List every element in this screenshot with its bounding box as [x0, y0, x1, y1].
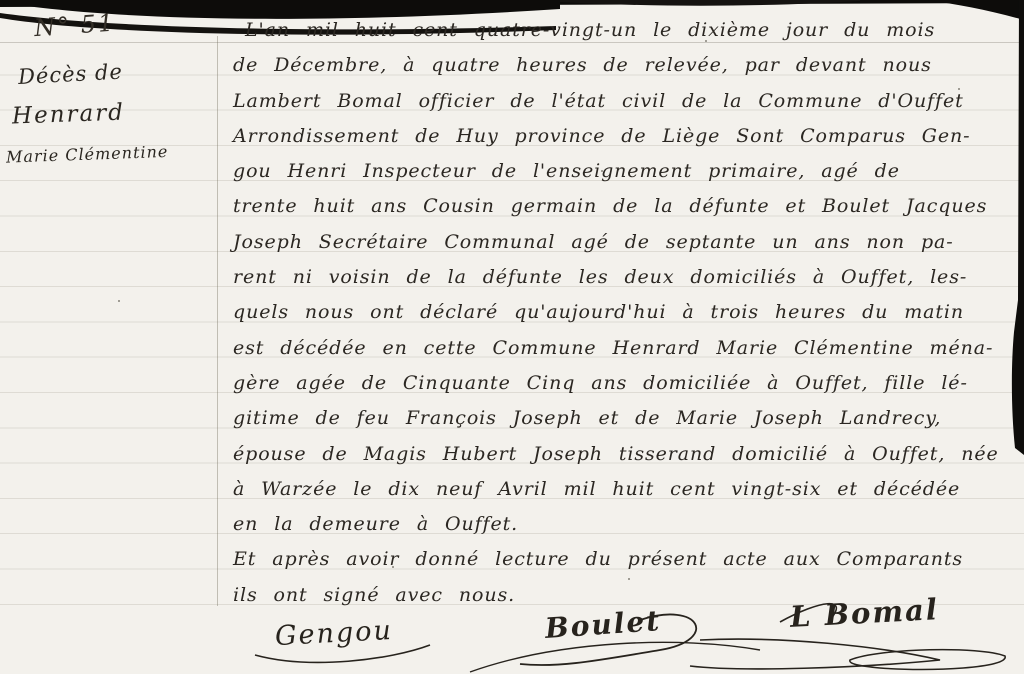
act-line: en la demeure à Ouffet. [233, 507, 1023, 542]
act-line: Joseph Secrétaire Communal agé de septan… [233, 225, 1023, 260]
margin-column: N° 51 Décès de Henrard Marie Clémentine [6, 8, 211, 163]
act-line: est décédée en cette Commune Henrard Mar… [233, 331, 1023, 366]
paper-speck [958, 88, 960, 90]
paper-speck [628, 578, 630, 580]
margin-separator-rule [217, 36, 218, 606]
act-line: Et après avoir donné lecture du présent … [233, 542, 1023, 577]
act-line: gère agée de Cinquante Cinq ans domicili… [233, 366, 1023, 401]
paper-speck [705, 40, 707, 42]
act-line: Arrondissement de Huy province de Liège … [233, 119, 1023, 154]
scanned-death-record-page: N° 51 Décès de Henrard Marie Clémentine … [0, 0, 1024, 674]
act-line: quels nous ont déclaré qu'aujourd'hui à … [233, 295, 1023, 330]
signature-boulet: Boulet [544, 604, 662, 645]
act-line: de Décembre, à quatre heures de relevée,… [233, 48, 1023, 83]
margin-title-deces-de: Décès de [18, 55, 212, 89]
act-line: gitime de feu François Joseph et de Mari… [233, 401, 1023, 436]
margin-surname: Henrard [12, 97, 212, 130]
signature-bomal: L Bomal [789, 592, 939, 634]
act-line: à Warzée le dix neuf Avril mil huit cent… [233, 472, 1023, 507]
paper-speck [392, 566, 394, 568]
margin-given-names: Marie Clémentine [6, 140, 212, 166]
act-line: Lambert Bomal officier de l'état civil d… [233, 84, 1023, 119]
act-line: trente huit ans Cousin germain de la déf… [233, 189, 1023, 224]
act-line: gou Henri Inspecteur de l'enseignement p… [233, 154, 1023, 189]
record-number: N° 51 [33, 2, 212, 42]
paper-speck [601, 170, 603, 172]
act-line: épouse de Magis Hubert Joseph tisserand … [233, 437, 1023, 472]
paper-speck [118, 300, 120, 302]
act-line: L'an mil huit cent quatre-vingt-un le di… [233, 13, 1023, 48]
act-body-text: L'an mil huit cent quatre-vingt-un le di… [233, 13, 1023, 613]
act-line: rent ni voisin de la défunte les deux do… [233, 260, 1023, 295]
signature-gengou: Gengou [274, 615, 393, 652]
